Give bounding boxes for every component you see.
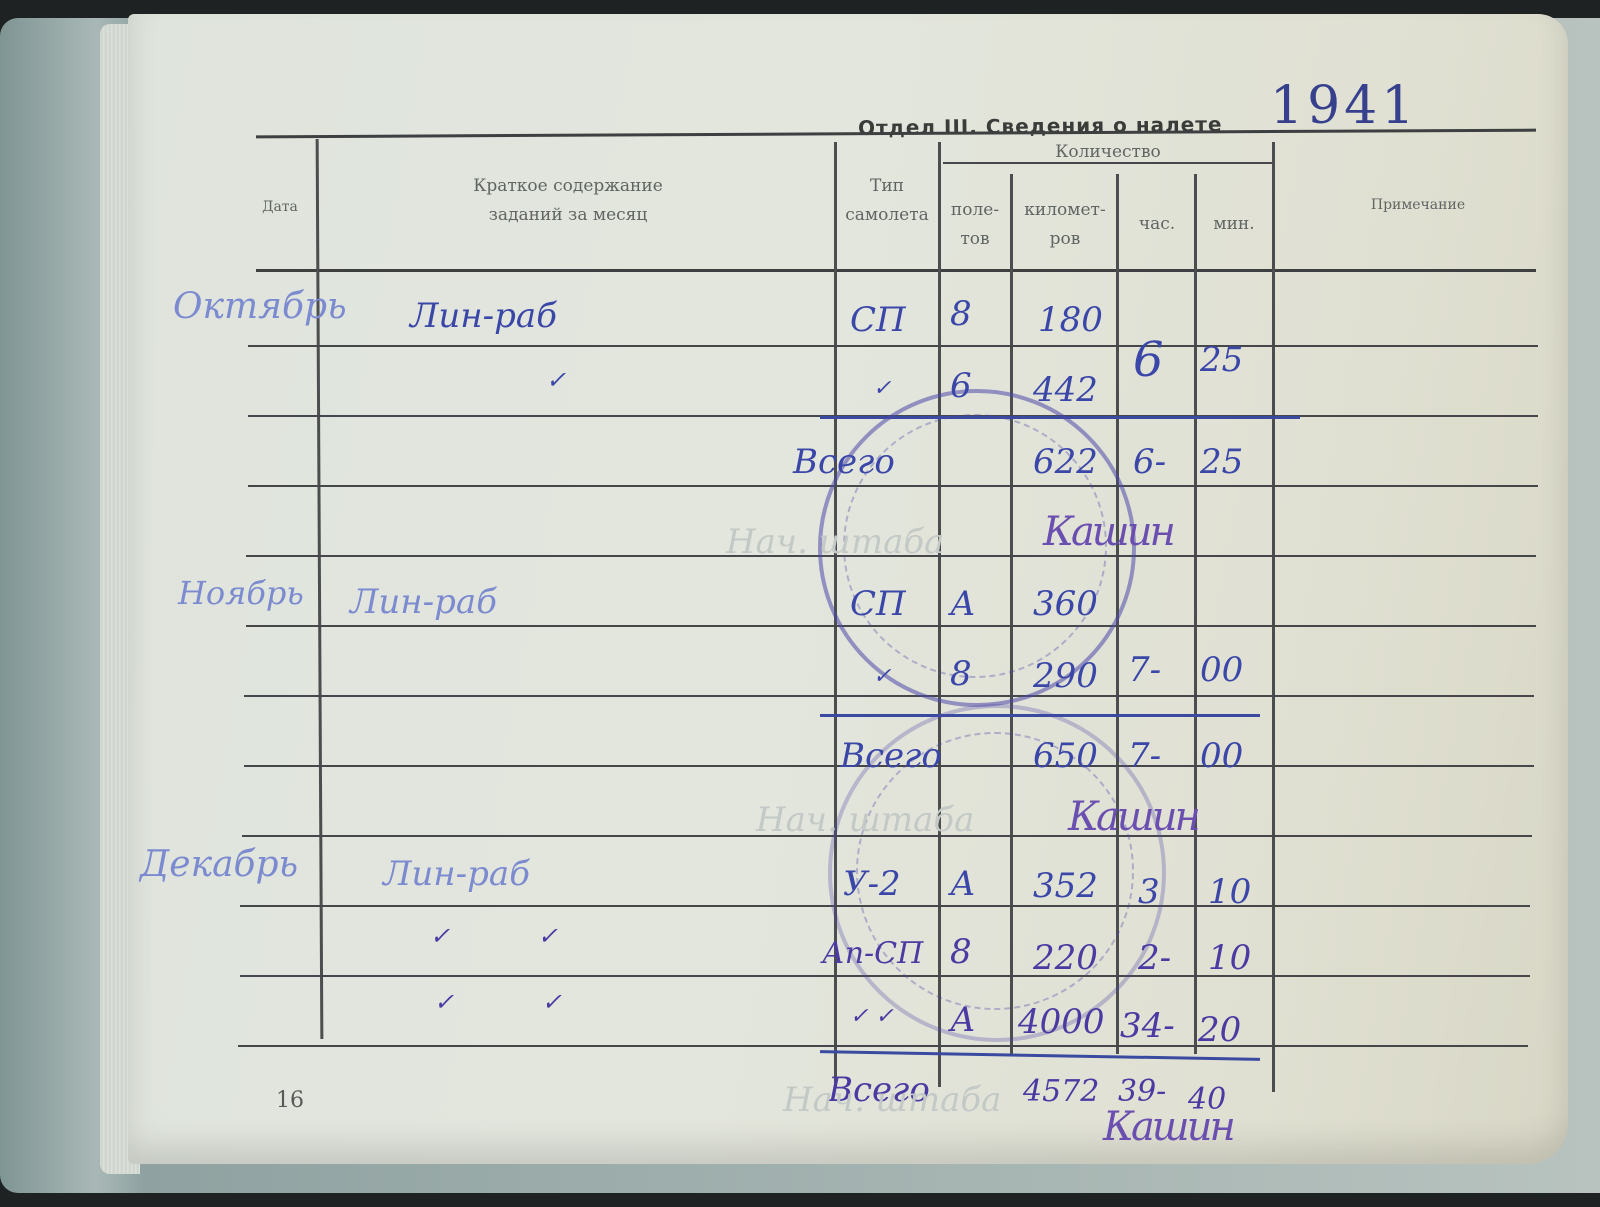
row-rule: [244, 695, 1534, 697]
row-rule: [238, 1045, 1528, 1047]
header-bottom-rule: [256, 269, 1536, 272]
nov-total-label: Всего: [840, 736, 942, 776]
task-november: Лин-раб: [350, 582, 497, 622]
oct-km-1: 180: [1038, 300, 1103, 340]
chief-of-staff-stamp: Нач. штаба: [783, 1080, 1001, 1120]
dec-flights-2: 8: [950, 932, 972, 972]
dec-km-2: 220: [1033, 938, 1098, 978]
col-divider-date: [316, 139, 324, 1039]
oct-total-label: Всего: [793, 442, 895, 482]
header-summary: Краткое содержание заданий за месяц: [428, 172, 708, 230]
dec-hours-3: 34-: [1120, 1006, 1175, 1046]
dec-minutes-1: 10: [1208, 872, 1251, 912]
dec-flights-1: А: [950, 864, 976, 904]
nov-km-2: 290: [1033, 656, 1098, 696]
header-hours: час.: [1118, 210, 1196, 239]
dec-hours-1: 3: [1138, 872, 1160, 912]
signature: Кашин: [1068, 794, 1198, 840]
header-flights: поле- тов: [940, 196, 1010, 254]
nov-total-km: 650: [1033, 736, 1098, 776]
row-rule: [248, 345, 1538, 347]
nov-minutes: 00: [1200, 650, 1243, 690]
handwritten-year: 1941: [1270, 76, 1418, 136]
oct-flights-2: 6: [950, 366, 972, 406]
oct-hours: 6: [1133, 332, 1164, 388]
chief-of-staff-stamp: Нач. штаба: [726, 522, 944, 562]
dec-km-3: 4000: [1018, 1002, 1105, 1042]
header-date: Дата: [250, 196, 310, 220]
dec-km-1: 352: [1033, 866, 1098, 906]
month-october: Октябрь: [173, 286, 347, 327]
month-november: Ноябрь: [178, 574, 304, 612]
task-october: Лин-раб: [410, 296, 557, 336]
oct-minutes: 25: [1200, 340, 1243, 380]
check-marks: ✓ ✓: [434, 988, 602, 1016]
chief-of-staff-stamp: Нач. штаба: [756, 800, 974, 840]
nov-km-1: 360: [1033, 584, 1098, 624]
check-marks: ✓ ✓: [430, 922, 598, 950]
task-december: Лин-раб: [383, 854, 530, 894]
oct-total-minutes: 25: [1200, 442, 1243, 482]
check-mark: ✓: [546, 366, 566, 394]
signature: Кашин: [1043, 509, 1173, 555]
oct-km-2: 442: [1033, 370, 1098, 410]
oct-total-hours: 6-: [1133, 442, 1166, 482]
nov-flights-2: 8: [950, 654, 972, 694]
logbook-page: Отдел III. Сведения о налете 1941 Дата К…: [128, 14, 1568, 1164]
dec-aircraft-2: Ап-СП: [822, 936, 923, 971]
header-aircraft-type: Тип самолета: [834, 172, 940, 230]
nov-total-hours: 7-: [1128, 736, 1161, 776]
dec-total-km: 4572: [1023, 1074, 1099, 1109]
oct-aircraft-2: ✓: [873, 376, 891, 401]
dec-minutes-2: 10: [1208, 938, 1251, 978]
oct-flights-1: 8: [950, 294, 972, 334]
nov-aircraft-1: СП: [850, 584, 906, 624]
col-divider-minutes: [1272, 142, 1275, 1092]
col-divider-hours: [1194, 174, 1197, 1054]
dec-aircraft-3: ✓ ✓: [850, 1004, 894, 1029]
nov-flights-1: А: [950, 584, 976, 624]
nov-aircraft-2: ✓: [873, 664, 891, 689]
dec-flights-3: А: [950, 1000, 976, 1040]
header-notes: Примечание: [1278, 194, 1558, 218]
header-minutes: мин.: [1196, 210, 1272, 239]
dec-minutes-3: 20: [1198, 1010, 1241, 1050]
month-december: Декабрь: [140, 844, 298, 885]
oct-aircraft-1: СП: [850, 300, 906, 340]
signature: Кашин: [1103, 1104, 1233, 1150]
quantity-subrule: [943, 162, 1273, 164]
nov-hours: 7-: [1128, 650, 1161, 690]
dec-hours-2: 2-: [1138, 938, 1171, 978]
oct-total-km: 622: [1033, 442, 1098, 482]
page-number: 16: [276, 1088, 304, 1113]
header-kilometers: километ- ров: [1010, 196, 1120, 254]
dec-aircraft-1: У-2: [843, 864, 901, 904]
section-title: Отдел III. Сведения о налете: [858, 112, 1223, 140]
nov-total-minutes: 00: [1200, 736, 1243, 776]
